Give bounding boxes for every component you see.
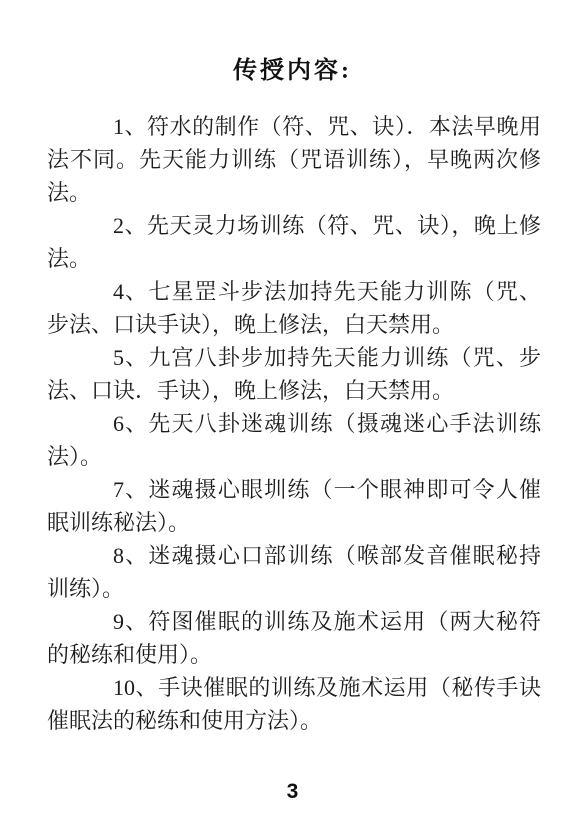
document-page: 传授内容: 1、符水的制作（符、咒、诀）．本法早晚用法不同。先天能力训练（咒语训… bbox=[0, 0, 585, 828]
paragraph: 2、先天灵力场训练（符、咒、诀），晚上修法。 bbox=[47, 209, 541, 275]
page-number: 3 bbox=[0, 780, 585, 804]
paragraph: 9、符图催眠的训练及施术运用（两大秘符的秘练和使用）。 bbox=[47, 605, 541, 671]
paragraph: 8、迷魂摄心口部训练（喉部发音催眠秘持训练）。 bbox=[47, 539, 541, 605]
paragraph: 4、七星罡斗步法加持先天能力训陈（咒、步法、口诀手诀），晚上修法，白天禁用。 bbox=[47, 275, 541, 341]
paragraph: 1、符水的制作（符、咒、诀）．本法早晚用法不同。先天能力训练（咒语训练），早晚两… bbox=[47, 110, 541, 209]
page-title: 传授内容: bbox=[0, 50, 585, 85]
paragraph: 6、先天八卦迷魂训练（摄魂迷心手法训练法）。 bbox=[47, 407, 541, 473]
paragraph: 10、手诀催眠的训练及施术运用（秘传手诀催眠法的秘练和使用方法）。 bbox=[47, 671, 541, 737]
paragraph: 7、迷魂摄心眼圳练（一个眼神即可令人催眠训练秘法）。 bbox=[47, 473, 541, 539]
paragraph: 5、九宫八卦步加持先天能力训练（咒、步法、口诀．手诀），晚上修法，白天禁用。 bbox=[47, 341, 541, 407]
content-paragraphs: 1、符水的制作（符、咒、诀）．本法早晚用法不同。先天能力训练（咒语训练），早晚两… bbox=[47, 110, 541, 737]
